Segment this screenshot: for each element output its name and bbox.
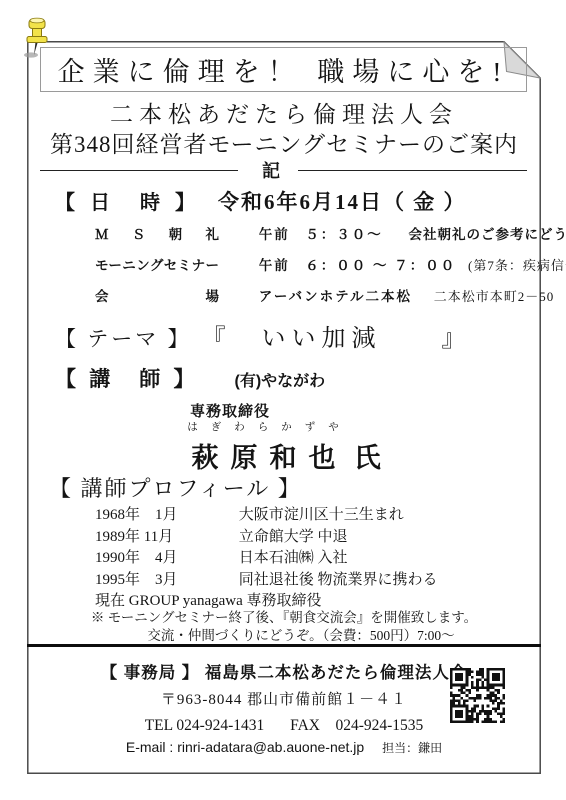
office-contact: 担当：鎌田 <box>382 741 442 755</box>
pushpin-icon <box>18 15 58 61</box>
section-divider <box>27 644 541 647</box>
lecturer-furigana: はぎわらかずや <box>187 419 352 434</box>
notice-block: ※ モーニングセミナー終了後、『朝食交流会』を開催致します。 交流・仲間づくりに… <box>27 609 541 644</box>
notice-line1: ※ モーニングセミナー終了後、『朝食交流会』を開催致します。 <box>27 609 541 627</box>
office-heading: 【 事務局 】 <box>101 664 200 682</box>
datetime-value: 令和6年6月14日（ 金 ） <box>218 190 467 214</box>
flyer-canvas: 企業に倫理を！ 職場に心を! 二本松あだたら倫理法人会 第348回経営者モーニン… <box>0 0 566 800</box>
profile-heading: 【 講師プロフィール 】 <box>49 472 302 503</box>
profile-date: 1990年 4月 <box>95 548 207 570</box>
office-email: E-mail : rinri-adatara@ab.auone-net.jp <box>126 739 364 755</box>
profile-row: 1989年 11月 立命館大学 中退 <box>95 527 438 549</box>
schedule-row-venue: 会場 アーバンホテル二本松 二本松市本町2－50 <box>95 285 554 305</box>
lecturer-heading: 【 講 師 】 <box>55 367 199 391</box>
theme-heading: 【 テーマ 】 <box>55 327 192 351</box>
lecturer-name: 萩原和也 <box>192 436 348 475</box>
schedule-note: 会社朝礼のご参考にどうぞ <box>409 227 566 242</box>
slogan-text: 企業に倫理を！ 職場に心を! <box>58 50 510 89</box>
profile-date: 1989年 11月 <box>95 527 207 549</box>
profile-desc: 同社退社後 物流業界に携わる <box>239 572 438 588</box>
lecturer-name-block: はぎわらかずや 萩原和也 氏 <box>27 419 541 475</box>
flyer-content: 企業に倫理を！ 職場に心を! 二本松あだたら倫理法人会 第348回経営者モーニン… <box>27 41 541 774</box>
record-marker: 記 <box>262 157 282 183</box>
schedule-time: 午前 ５：３０～ <box>259 227 383 242</box>
venue-address: 二本松市本町2－50 <box>434 289 555 304</box>
notice-line2: 交流・仲間づくりにどうぞ。（会費：500円）7:00～ <box>27 627 541 645</box>
profile-row: 1995年 3月 同社退社後 物流業界に携わる <box>95 570 438 592</box>
office-org: 福島県二本松あだたら倫理法人会 <box>205 664 468 682</box>
schedule-note: (第7条：疾病信号) <box>468 258 566 273</box>
datetime-line: 【 日 時 】 令和6年6月14日（ 金 ） <box>55 186 467 216</box>
flyer-page: 企業に倫理を！ 職場に心を! 二本松あだたら倫理法人会 第348回経営者モーニン… <box>27 41 541 774</box>
schedule-time: 午前 ６：００ ～ ７：００ <box>259 258 457 273</box>
venue-label: 会場 <box>95 285 219 305</box>
lecturer-line: 【 講 師 】 (有)やながわ <box>55 363 325 393</box>
office-tel: TEL 024-924-1431 <box>145 717 265 734</box>
schedule-row-ms: ＭＳ朝礼 午前 ５：３０～ 会社朝礼のご参考にどうぞ <box>95 223 566 243</box>
profile-date: 1995年 3月 <box>95 570 207 592</box>
seminar-announcement-title: 第348回経営者モーニングセミナーのご案内 <box>27 126 541 159</box>
profile-row: 1990年 4月 日本石油㈱ 入社 <box>95 548 438 570</box>
slogan-box: 企業に倫理を！ 職場に心を! <box>40 47 527 92</box>
record-marker-line-right <box>298 170 527 171</box>
record-marker-line-left <box>40 170 238 171</box>
office-fax: FAX 024-924-1535 <box>290 717 423 734</box>
lecturer-company: (有)やながわ <box>235 373 326 390</box>
schedule-label: モーニングセミナー <box>95 254 219 274</box>
profile-row: 1968年 1月 大阪市淀川区十三生まれ <box>95 505 438 527</box>
schedule-label: ＭＳ朝礼 <box>95 223 219 243</box>
lecturer-name-with-furigana: はぎわらかずや 萩原和也 <box>187 419 352 475</box>
lecturer-honorific: 氏 <box>354 436 381 475</box>
record-marker-row: 記 <box>40 159 527 181</box>
theme-line: 【 テーマ 】 『 いい加減 』 <box>55 318 472 353</box>
office-email-line: E-mail : rinri-adatara@ab.auone-net.jp 担… <box>27 739 541 756</box>
profile-desc: 立命館大学 中退 <box>239 529 348 545</box>
profile-desc: 大阪市淀川区十三生まれ <box>239 507 404 523</box>
profile-date: 1968年 1月 <box>95 505 207 527</box>
organization-name: 二本松あだたら倫理法人会 <box>27 96 541 129</box>
theme-title: 『 いい加減 』 <box>202 326 472 352</box>
schedule-row-seminar: モーニングセミナー 午前 ６：００ ～ ７：００ (第7条：疾病信号) <box>95 254 566 274</box>
qr-code-icon <box>450 668 505 723</box>
qr-code <box>450 668 505 723</box>
venue-name: アーバンホテル二本松 <box>259 289 412 304</box>
datetime-heading: 【 日 時 】 <box>55 192 200 214</box>
lecturer-position: 専務取締役 <box>190 400 270 421</box>
profile-desc: 日本石油㈱ 入社 <box>239 550 348 566</box>
profile-rows: 1968年 1月 大阪市淀川区十三生まれ 1989年 11月 立命館大学 中退 … <box>95 505 438 613</box>
